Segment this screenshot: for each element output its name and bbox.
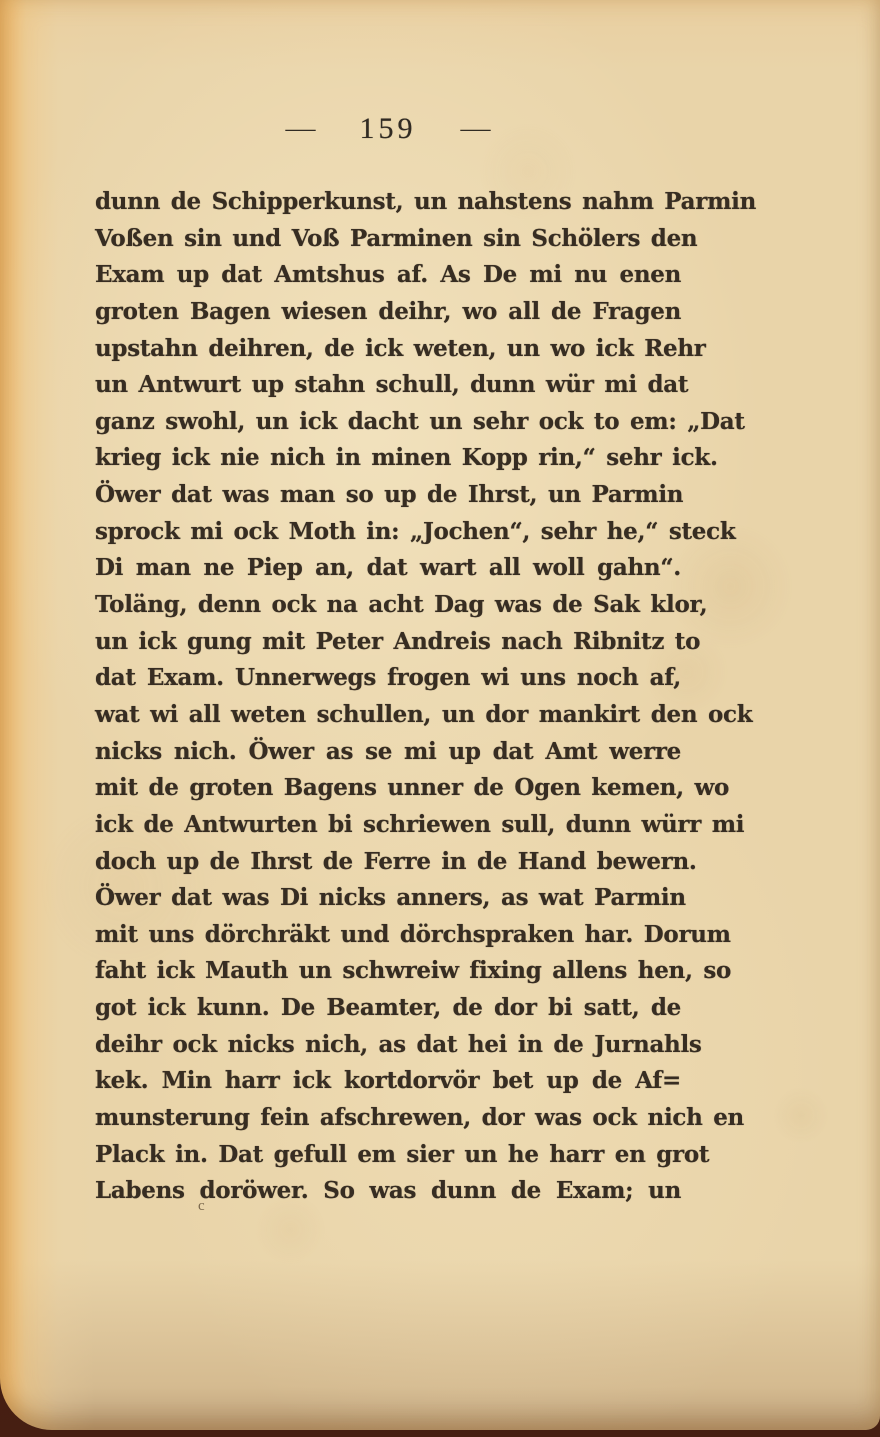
running-head: — 159 — (95, 112, 681, 146)
text-line: Öwer dat was Di nicks anners, as wat Par… (95, 880, 681, 917)
text-line: sprock mi ock Moth in: „Jochen“, sehr he… (95, 514, 681, 551)
text-line: Plack in. Dat gefull em sier un he harr … (95, 1137, 681, 1174)
text-line: mit de groten Bagens unner de Ogen kemen… (95, 770, 681, 807)
page-number: 159 (360, 112, 417, 146)
text-line: Toläng, denn ock na acht Dag was de Sak … (95, 587, 681, 624)
text-line: munsterung fein afschrewen, dor was ock … (95, 1100, 681, 1137)
text-line: faht ick Mauth un schwreiw fixing allens… (95, 953, 681, 990)
text-line: Di man ne Piep an, dat wart all woll gah… (95, 550, 681, 587)
text-line: deihr ock nicks nich, as dat hei in de J… (95, 1027, 681, 1064)
text-line: upstahn deihren, de ick weten, un wo ick… (95, 331, 681, 368)
text-line: dat Exam. Unnerwegs frogen wi uns noch a… (95, 660, 681, 697)
text-line: groten Bagen wiesen deihr, wo all de Fra… (95, 294, 681, 331)
book-page: — 159 — dunn de Schipperkunst, un nahste… (0, 0, 880, 1430)
header-right-dash: — (461, 117, 491, 141)
text-line: kek. Min harr ick kortdorvör bet up de A… (95, 1063, 681, 1100)
text-line: got ick kunn. De Beamter, de dor bi satt… (95, 990, 681, 1027)
text-line: mit uns dörchräkt und dörchspraken har. … (95, 917, 681, 954)
text-line: krieg ick nie nich in minen Kopp rin,“ s… (95, 440, 681, 477)
text-line: Voßen sin und Voß Parminen sin Schölers … (95, 221, 681, 258)
text-line: Labens doröwer. So was dunn de Exam; un (95, 1173, 681, 1210)
text-line: un ick gung mit Peter Andreis nach Ribni… (95, 624, 681, 661)
text-line: un Antwurt up stahn schull, dunn wür mi … (95, 367, 681, 404)
text-line: nicks nich. Öwer as se mi up dat Amt wer… (95, 734, 681, 771)
printers-mark: c (198, 1198, 205, 1215)
text-line: wat wi all weten schullen, un dor mankir… (95, 697, 681, 734)
text-line: Exam up dat Amtshus af. As De mi nu enen (95, 257, 681, 294)
text-line: ick de Antwurten bi schriewen sull, dunn… (95, 807, 681, 844)
text-line: dunn de Schipperkunst, un nahstens nahm … (95, 184, 681, 221)
text-line: Öwer dat was man so up de Ihrst, un Parm… (95, 477, 681, 514)
scan-background: — 159 — dunn de Schipperkunst, un nahste… (0, 0, 880, 1437)
text-line: doch up de Ihrst de Ferre in de Hand bew… (95, 844, 681, 881)
text-line: ganz swohl, un ick dacht un sehr ock to … (95, 404, 681, 441)
header-left-dash: — (286, 117, 316, 141)
body-text: dunn de Schipperkunst, un nahstens nahm … (95, 184, 681, 1210)
